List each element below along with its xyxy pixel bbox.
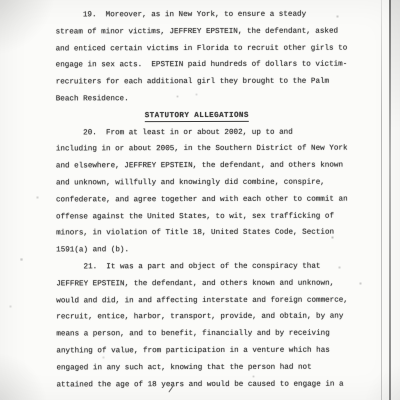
document-line: recruit, entice, harbor, transport, prov…: [56, 309, 356, 327]
document-line: anything of value, from participation in…: [56, 343, 356, 361]
document-line: 19. Moreover, as in New York, to ensure …: [55, 7, 355, 25]
scan-vertical-edge-light: [381, 0, 382, 400]
document-line: 21. It was a part and object of the cons…: [56, 259, 356, 277]
document-line: 20. From at least in or about 2002, up t…: [56, 124, 356, 142]
document-line: including in or about 2005, in the South…: [56, 141, 356, 159]
document-line: JEFFREY EPSTEIN, the defendant, and othe…: [56, 275, 356, 293]
document-line: engage in sex acts. EPSTEIN paid hundred…: [56, 57, 356, 75]
heading-underlined-text: STATUTORY ALLEGATIONS: [145, 112, 249, 122]
document-line: minors, in violation of Title 18, United…: [56, 225, 356, 243]
document-text: 19. Moreover, as in New York, to ensure …: [55, 7, 356, 394]
document-line: means a person, and to benefit, financia…: [56, 326, 356, 344]
document-line: and enticed certain victims in Florida t…: [56, 40, 356, 58]
document-line: engaged in any such act, knowing that th…: [56, 359, 356, 377]
document-line: attained the age of 18 years and would b…: [56, 376, 356, 394]
document-line: would and did, in and affecting intersta…: [56, 292, 356, 310]
document-line: 1591(a) and (b).: [56, 242, 356, 260]
scan-corner-smudge: [391, 0, 400, 130]
scanned-page: 19. Moreover, as in New York, to ensure …: [0, 0, 400, 400]
scan-noise-specks: [0, 0, 1, 1]
document-line: and unknown, willfully and knowingly did…: [56, 175, 356, 193]
document-line: confederate, and agree together and with…: [56, 191, 356, 209]
document-line: offense against the United States, to wi…: [56, 208, 356, 226]
document-line: recruiters for each additional girl they…: [56, 74, 356, 92]
document-line: Beach Residence.: [56, 91, 356, 109]
statutory-allegations-heading: STATUTORY ALLEGATIONS: [47, 107, 347, 125]
document-line: and elsewhere, JEFFREY EPSTEIN, the defe…: [56, 158, 356, 176]
document-line: stream of minor victims, JEFFREY EPSTEIN…: [56, 23, 356, 41]
